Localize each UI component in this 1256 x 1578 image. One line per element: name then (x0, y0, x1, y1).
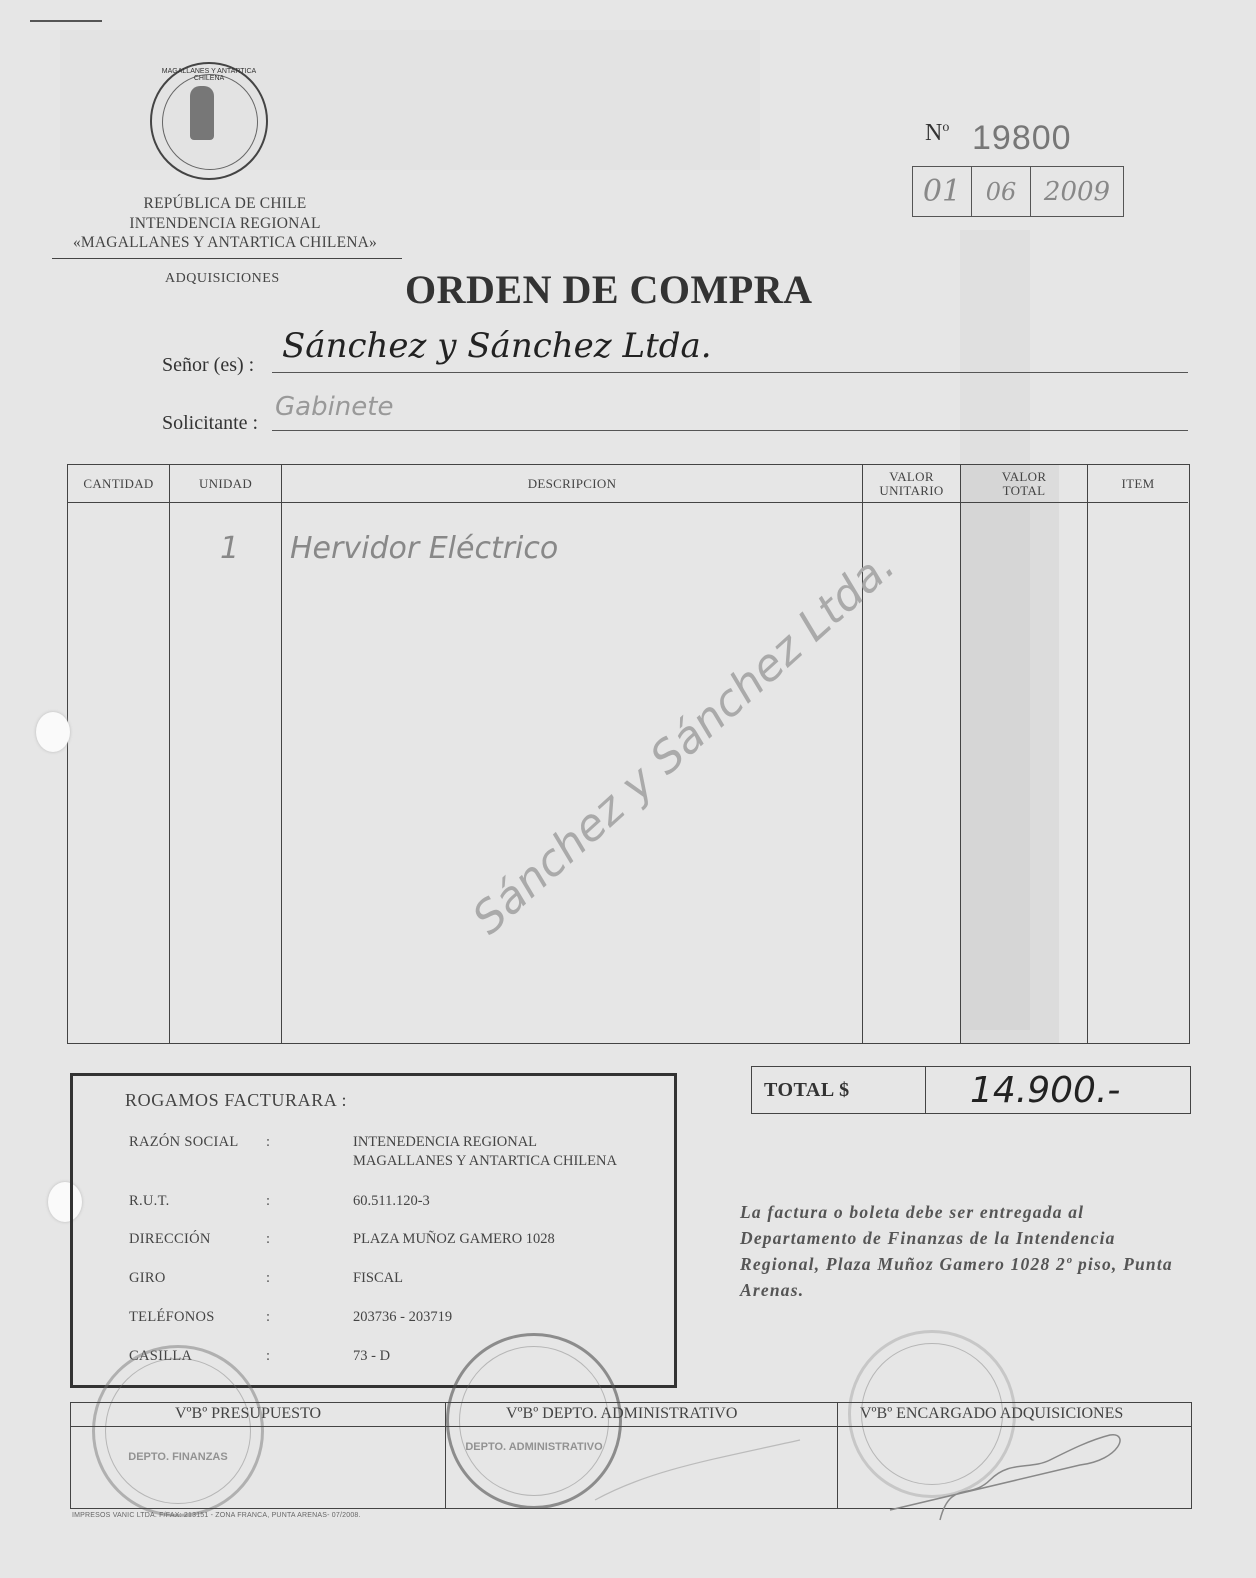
billing-value-line: MAGALLANES Y ANTARTICA CHILENA (353, 1152, 617, 1171)
org-line: INTENDENCIA REGIONAL (60, 214, 390, 234)
date-year: 2009 (1031, 167, 1123, 216)
row-unidad[interactable]: 1 (220, 531, 239, 566)
signature-icon (880, 1420, 1140, 1530)
top-mark (30, 20, 102, 22)
header-valor-unitario: VALOR UNITARIO (863, 465, 961, 503)
billing-value-casilla: 73 - D (353, 1347, 390, 1366)
approval-cell-presupuesto[interactable]: VºBº PRESUPUESTO (71, 1403, 446, 1508)
header-descripcion: DESCRIPCION (282, 465, 863, 503)
billing-value-direccion: PLAZA MUÑOZ GAMERO 1028 (353, 1230, 555, 1249)
header-text: TOTAL (1003, 484, 1046, 498)
billing-value-line: INTENEDENCIA REGIONAL (353, 1133, 617, 1152)
header-cantidad: CANTIDAD (68, 465, 170, 503)
number-label-sup: o (942, 120, 949, 135)
department-label: ADQUISICIONES (165, 271, 280, 287)
col-valor-total (961, 503, 1088, 1043)
row-descripcion[interactable]: Hervidor Eléctrico (290, 531, 558, 566)
senor-label: Señor (es) : (162, 354, 254, 377)
punch-hole (36, 712, 70, 752)
billing-colon: : (266, 1134, 270, 1151)
header-unidad: UNIDAD (170, 465, 282, 503)
order-number: 19800 (972, 119, 1072, 158)
billing-colon: : (266, 1231, 270, 1248)
seal-ring-text: MAGALLANES Y ANTARTICA CHILENA (152, 68, 266, 82)
header-item: ITEM (1088, 465, 1188, 503)
solicitante-field[interactable]: Gabinete (275, 392, 393, 422)
billing-colon: : (266, 1270, 270, 1287)
solicitante-line (272, 430, 1188, 431)
senor-field[interactable]: Sánchez y Sánchez Ltda. (282, 326, 712, 366)
total-label: TOTAL $ (752, 1067, 926, 1113)
document-title: ORDEN DE COMPRA (405, 266, 812, 313)
header-valor-total: VALOR TOTAL (961, 465, 1088, 503)
number-label-text: N (925, 120, 942, 146)
billing-label-giro: GIRO (129, 1270, 166, 1287)
date-box: 01 06 2009 (912, 166, 1124, 217)
billing-label-rut: R.U.T. (129, 1193, 170, 1210)
seal-figure-icon (190, 86, 214, 140)
org-line: REPÚBLICA DE CHILE (60, 194, 390, 214)
regional-seal: MAGALLANES Y ANTARTICA CHILENA (150, 62, 268, 180)
col-descripcion (282, 503, 863, 1043)
billing-colon: : (266, 1309, 270, 1326)
date-month: 06 (972, 167, 1031, 216)
billing-box: ROGAMOS FACTURARA : RAZÓN SOCIAL : INTEN… (70, 1073, 677, 1388)
header-text: UNITARIO (879, 484, 943, 498)
billing-value-giro: FISCAL (353, 1269, 403, 1288)
billing-title: ROGAMOS FACTURARA : (125, 1090, 347, 1111)
billing-value-rut: 60.511.120-3 (353, 1192, 430, 1211)
total-value[interactable]: 14.900.- (926, 1067, 1190, 1113)
col-cantidad (68, 503, 170, 1043)
order-number-label: No (925, 120, 949, 147)
billing-label-telefonos: TELÉFONOS (129, 1309, 215, 1326)
billing-value-telefonos: 203736 - 203719 (353, 1308, 452, 1327)
date-day: 01 (913, 167, 972, 216)
solicitante-label: Solicitante : (162, 412, 258, 435)
billing-colon: : (266, 1348, 270, 1365)
delivery-note: La factura o boleta debe ser entregada a… (740, 1199, 1180, 1303)
billing-label-razon: RAZÓN SOCIAL (129, 1134, 239, 1151)
items-table: CANTIDAD UNIDAD DESCRIPCION VALOR UNITAR… (67, 464, 1190, 1044)
organization-name: REPÚBLICA DE CHILE INTENDENCIA REGIONAL … (60, 194, 390, 253)
billing-value-razon: INTENEDENCIA REGIONAL MAGALLANES Y ANTAR… (353, 1133, 617, 1171)
printer-footer: IMPRESOS VANIC LTDA. F/FAX: 213151 - ZON… (72, 1512, 361, 1519)
approval-label: VºBº PRESUPUESTO (175, 1405, 321, 1423)
total-box: TOTAL $ 14.900.- (751, 1066, 1191, 1114)
col-unidad (170, 503, 282, 1043)
approval-label: VºBº DEPTO. ADMINISTRATIVO (506, 1405, 737, 1423)
billing-colon: : (266, 1193, 270, 1210)
header-text: VALOR (1002, 470, 1047, 484)
header-divider (52, 258, 402, 259)
signature-icon (590, 1430, 810, 1510)
senor-line (272, 372, 1188, 373)
billing-label-direccion: DIRECCIÓN (129, 1231, 211, 1248)
org-line: «MAGALLANES Y ANTARTICA CHILENA» (60, 233, 390, 253)
header-text: VALOR (889, 470, 934, 484)
